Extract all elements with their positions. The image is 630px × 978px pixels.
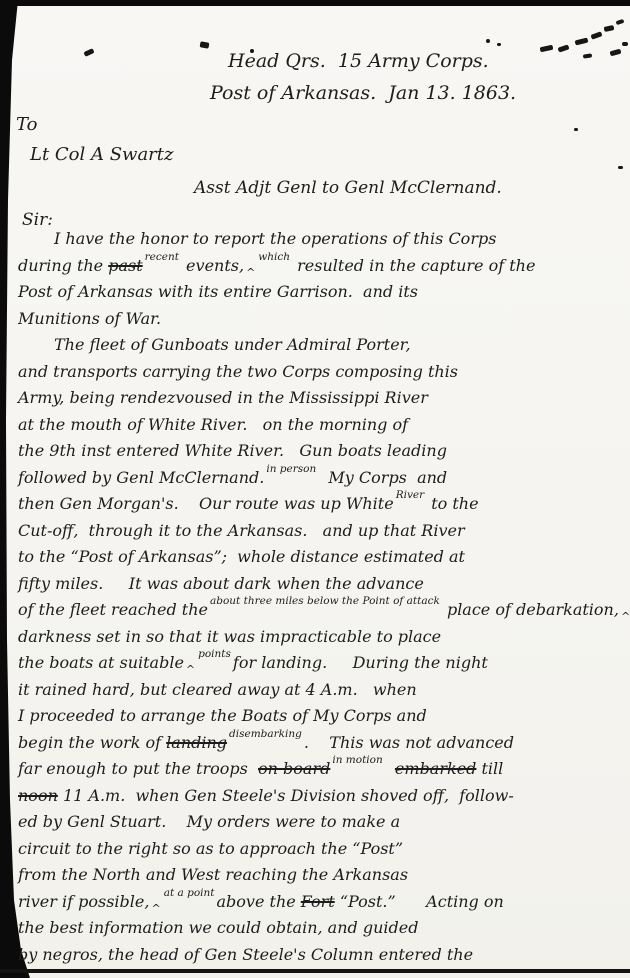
manuscript-line: ed by Genl Stuart. My orders were to mak…	[18, 809, 618, 836]
text-segment: till	[476, 759, 503, 778]
ink-smudge	[610, 49, 622, 57]
manuscript-line: the boats at suitable^pointsfor landing.…	[18, 650, 618, 677]
caret-mark: ^	[186, 657, 195, 684]
text-segment: it rained hard, but cleared away at 4 A.…	[18, 680, 417, 699]
manuscript-line: fifty miles. It was about dark when the …	[18, 571, 618, 598]
manuscript-line: Post of Arkansas with its entire Garriso…	[18, 279, 618, 306]
manuscript-line: and transports carrying the two Corps co…	[18, 359, 618, 386]
letter-body: I have the honor to report the operation…	[18, 226, 618, 968]
caret-mark: ^	[246, 260, 255, 287]
text-segment: during the	[18, 256, 108, 275]
text-segment: events,	[181, 256, 244, 275]
text-segment: “Post.” Acting on	[335, 892, 504, 911]
manuscript-line: then Gen Morgan's. Our route was up Whit…	[18, 491, 618, 518]
text-segment: resulted in the capture of the	[292, 256, 535, 275]
text-segment: the 9th inst entered White River. Gun bo…	[18, 441, 447, 460]
inserted-text: about three miles below the Point of att…	[210, 596, 440, 606]
text-segment: by negros, the head of Gen Steele's Colu…	[18, 945, 473, 964]
manuscript-line: to the “Post of Arkansas”; whole distanc…	[18, 544, 618, 571]
text-segment: followed by Genl McClernand.	[18, 468, 264, 487]
manuscript-line: circuit to the right so as to approach t…	[18, 836, 618, 863]
struck-text: past	[108, 256, 142, 275]
scanned-letter-page: Head Qrs. 15 Army Corps. Post of Arkansa…	[0, 0, 630, 978]
text-segment: . This was not advanced	[304, 733, 514, 752]
addressee-title: Asst Adjt Genl to Genl McClernand.	[194, 178, 502, 198]
ink-smudge	[557, 44, 569, 52]
inserted-text: in motion	[332, 755, 382, 765]
manuscript-line: river if possible,^at a pointabove the F…	[18, 889, 618, 916]
ink-smudge	[604, 25, 615, 32]
manuscript-line: from the North and West reaching the Ark…	[18, 862, 618, 889]
inserted-text: disembarking	[229, 729, 302, 739]
text-segment: The fleet of Gunboats under Admiral Port…	[54, 335, 411, 354]
text-segment: to the	[426, 494, 478, 513]
manuscript-line: during the pastrecent events,^which resu…	[18, 253, 618, 280]
ink-smudge	[83, 48, 94, 57]
ink-smudge	[574, 128, 578, 131]
inserted-text: River	[396, 490, 424, 500]
text-segment: at the mouth of White River. on the morn…	[18, 415, 408, 434]
struck-text: Fort	[301, 892, 335, 911]
text-segment: of the fleet reached the	[18, 600, 208, 619]
text-segment: Cut-off, through it to the Arkansas. and…	[18, 521, 465, 540]
manuscript-line: darkness set in so that it was impractic…	[18, 624, 618, 651]
struck-text: embarked	[395, 759, 476, 778]
inserted-text: in person	[266, 464, 316, 474]
inserted-text: at a point	[164, 888, 215, 898]
manuscript-line: Cut-off, through it to the Arkansas. and…	[18, 518, 618, 545]
manuscript-line: noon 11 A.m. when Gen Steele's Division …	[18, 783, 618, 810]
text-segment: river if possible,	[18, 892, 149, 911]
inserted-text: recent	[145, 252, 179, 262]
manuscript-line: begin the work of landingdisembarking. T…	[18, 730, 618, 757]
manuscript-line: Army, being rendezvoused in the Mississi…	[18, 385, 618, 412]
text-segment: to the “Post of Arkansas”; whole distanc…	[18, 547, 465, 566]
letter-heading-line1: Head Qrs. 15 Army Corps.	[228, 50, 489, 72]
ink-smudge	[622, 42, 628, 46]
manuscript-line: far enough to put the troops on boardin …	[18, 756, 618, 783]
manuscript-line: of the fleet reached theabout three mile…	[18, 597, 618, 624]
text-segment: My Corps and	[318, 468, 447, 487]
manuscript-line: by negros, the head of Gen Steele's Colu…	[18, 942, 618, 969]
manuscript-line: The fleet of Gunboats under Admiral Port…	[18, 332, 618, 359]
caret-mark: ^	[621, 604, 630, 631]
addressee-name: Lt Col A Swartz	[30, 144, 174, 165]
caret-mark: ^	[151, 896, 160, 923]
ink-smudge	[200, 41, 210, 48]
text-segment: fifty miles. It was about dark when the …	[18, 574, 424, 593]
manuscript-line: I proceeded to arrange the Boats of My C…	[18, 703, 618, 730]
text-segment: the best information we could obtain, an…	[18, 918, 418, 937]
manuscript-line: the 9th inst entered White River. Gun bo…	[18, 438, 618, 465]
manuscript-line: Munitions of War.	[18, 306, 618, 333]
text-segment: then Gen Morgan's. Our route was up Whit…	[18, 494, 394, 513]
ink-smudge	[497, 43, 501, 46]
struck-text: landing	[166, 733, 227, 752]
text-segment: the boats at suitable	[18, 653, 184, 672]
text-segment: from the North and West reaching the Ark…	[18, 865, 408, 884]
struck-text: noon	[18, 786, 58, 805]
ink-smudge	[575, 38, 589, 46]
address-to-label: To	[16, 114, 37, 135]
text-segment: circuit to the right so as to approach t…	[18, 839, 403, 858]
scan-edge-top	[0, 0, 630, 6]
ink-smudge	[540, 45, 554, 53]
manuscript-line: at the mouth of White River. on the morn…	[18, 412, 618, 439]
text-segment: place of debarkation,	[442, 600, 619, 619]
text-segment: I proceeded to arrange the Boats of My C…	[18, 706, 427, 725]
manuscript-line: it rained hard, but cleared away at 4 A.…	[18, 677, 618, 704]
inserted-text: which	[258, 252, 290, 262]
ink-smudge	[583, 53, 592, 58]
ink-smudge	[618, 166, 623, 169]
scan-edge-bottom	[0, 969, 630, 973]
text-segment: ed by Genl Stuart. My orders were to mak…	[18, 812, 400, 831]
manuscript-line: followed by Genl McClernand.in person My…	[18, 465, 618, 492]
struck-text: on board	[258, 759, 330, 778]
text-segment: Army, being rendezvoused in the Mississi…	[18, 388, 428, 407]
inserted-text: points	[198, 649, 231, 659]
text-segment: begin the work of	[18, 733, 166, 752]
text-segment: I have the honor to report the operation…	[54, 229, 496, 248]
text-segment: far enough to put the troops	[18, 759, 258, 778]
text-segment: for landing. During the night	[233, 653, 488, 672]
text-segment: Munitions of War.	[18, 309, 161, 328]
text-segment: Post of Arkansas with its entire Garriso…	[18, 282, 418, 301]
text-segment: darkness set in so that it was impractic…	[18, 627, 441, 646]
manuscript-line: the best information we could obtain, an…	[18, 915, 618, 942]
ink-smudge	[486, 39, 490, 43]
manuscript-line: I have the honor to report the operation…	[18, 226, 618, 253]
letter-heading-line2: Post of Arkansas. Jan 13. 1863.	[210, 82, 516, 104]
text-segment: and transports carrying the two Corps co…	[18, 362, 458, 381]
ink-smudge	[590, 31, 602, 39]
text-segment	[385, 759, 395, 778]
ink-smudge	[616, 19, 625, 25]
text-segment: 11 A.m. when Gen Steele's Division shove…	[58, 786, 514, 805]
text-segment: above the	[217, 892, 301, 911]
